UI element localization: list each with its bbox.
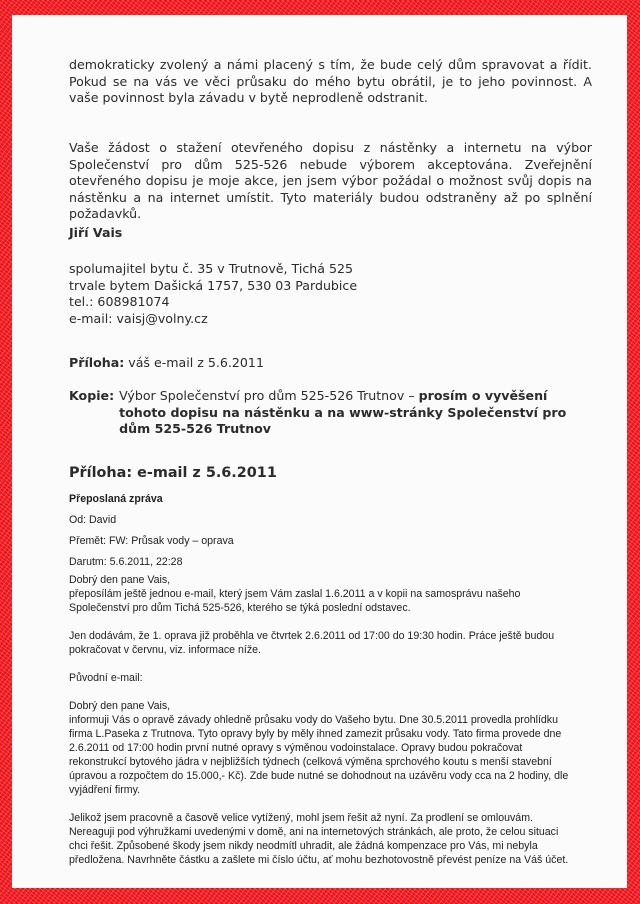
signature-name: Jiří Vais [69, 225, 592, 242]
email-paragraph-3: informuji Vás o opravě závady ohledně pr… [69, 713, 574, 797]
email-from: Od: David [69, 513, 592, 527]
attachment-line: Příloha: váš e-mail z 5.6.2011 [69, 355, 592, 372]
email-date: Darutm: 5.6.2011, 22:28 [69, 555, 592, 569]
signature-line-address: trvale bytem Dašická 1757, 530 03 Pardub… [69, 278, 592, 295]
email-greeting-1: Dobrý den pane Vais, [69, 573, 574, 587]
email-paragraph-4: Jelikož jsem pracovně a časově velice vy… [69, 811, 574, 867]
forwarded-title: Přeposlaná zpráva [69, 492, 592, 506]
email-paragraph-1: přeposílám ještě jednou e-mail, který js… [69, 587, 574, 615]
forwarded-email-body: Dobrý den pane Vais, přeposílám ještě je… [69, 573, 574, 867]
signature-line-phone: tel.: 608981074 [69, 294, 592, 311]
document-page: demokraticky zvolený a námi placený s tí… [12, 15, 627, 888]
copy-line: Kopie: Výbor Společenství pro dům 525-52… [69, 388, 592, 438]
signature-line-ownership: spolumajitel bytu č. 35 v Trutnově, Tich… [69, 261, 592, 278]
email-subject: Přemět: FW: Průsak vody – oprava [69, 534, 592, 548]
letter-paragraph-2: Vaše žádost o stažení otevřeného dopisu … [69, 140, 592, 223]
attachment-heading: Příloha: e-mail z 5.6.2011 [69, 465, 592, 482]
signature-line-email: e-mail: vaisj@volny.cz [69, 311, 592, 328]
copy-text: Výbor Společenství pro dům 525-526 Trutn… [119, 388, 592, 438]
email-paragraph-2: Jen dodávám, že 1. oprava již proběhla v… [69, 629, 574, 657]
copy-recipient: Výbor Společenství pro dům 525-526 Trutn… [119, 388, 419, 403]
email-greeting-2: Dobrý den pane Vais, [69, 699, 574, 713]
original-email-label: Původní e-mail: [69, 671, 574, 685]
signature-block: spolumajitel bytu č. 35 v Trutnově, Tich… [69, 261, 592, 327]
letter-paragraph-1: demokraticky zvolený a námi placený s tí… [69, 57, 592, 107]
copy-label: Kopie: [69, 388, 114, 438]
attachment-label: Příloha: [69, 355, 124, 370]
attachment-text: váš e-mail z 5.6.2011 [128, 355, 264, 370]
forwarded-email-header: Přeposlaná zpráva Od: David Přemět: FW: … [69, 492, 592, 569]
